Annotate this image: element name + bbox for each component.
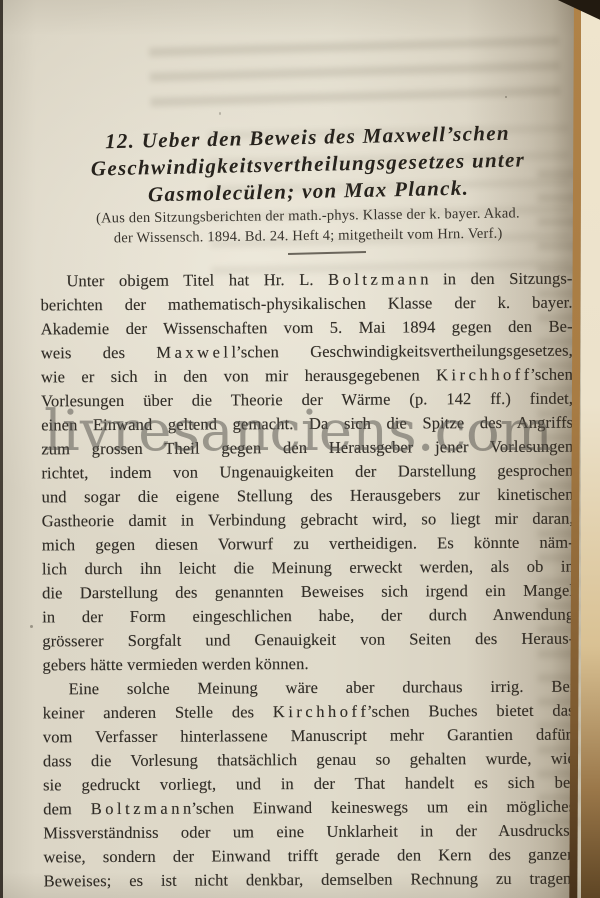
text-line: berichten der mathematisch-physikalische…: [40, 291, 572, 318]
text-line: gebers hätte vermieden werden können.: [42, 651, 574, 678]
paper-speck: [219, 112, 221, 115]
text-line: wie er sich in den von mir herausgegeben…: [41, 363, 573, 390]
text-line: lich durch ihn leicht die Meinung erweck…: [42, 555, 574, 582]
text-line: Unter obigem Titel hat Hr. L. B o l t z …: [40, 267, 572, 294]
text-line: Eine solche Meinung wäre aber durchaus i…: [43, 675, 575, 702]
text-line: richtet, indem von Ungenauigkeiten der D…: [41, 459, 573, 486]
top-lighting-shade: [0, 0, 600, 36]
article-body: Unter obigem Titel hat Hr. L. B o l t z …: [40, 267, 575, 894]
text-line: mich gegen diesen Vorwurf zu vertheidige…: [42, 531, 574, 558]
bleed-through-smudge: [149, 36, 561, 119]
paper-speck: [30, 625, 33, 628]
publication-source-note: (Aus den Sitzungsberichten der math.-phy…: [34, 203, 582, 250]
text-line: Missverständniss oder um eine Unklarheit…: [43, 819, 575, 846]
section-divider-rule: [288, 251, 366, 255]
text-line: die Darstellung des genannten Beweises s…: [42, 579, 574, 606]
text-line: zum grossen Theil gegen den Herausgeber …: [41, 435, 573, 462]
bottom-lighting-shade: [0, 872, 600, 898]
text-line: dem B o l t z m a n n’schen Einwand kein…: [43, 795, 575, 822]
book-photo: 12. Ueber den Beweis des Maxwell’schen G…: [0, 0, 600, 898]
text-line: und sogar die eigene Stellung des Heraus…: [42, 483, 574, 510]
article-title: 12. Ueber den Beweis des Maxwell’schen G…: [41, 118, 575, 210]
text-line: weise, sondern der Einwand trifft gerade…: [43, 843, 575, 870]
photo-left-edge: [0, 0, 3, 898]
text-line: einen Einwand geltend gemacht. Da sich d…: [41, 411, 573, 438]
text-line: vom Verfasser hinterlassene Manuscript m…: [43, 723, 575, 750]
book-page: 12. Ueber den Beweis des Maxwell’schen G…: [0, 0, 600, 898]
text-line: dass die Vorlesung thatsächlich genau so…: [43, 747, 575, 774]
text-line: Vorlesungen über die Theorie der Wärme (…: [41, 387, 573, 414]
text-line: Akademie der Wissenschaften vom 5. Mai 1…: [41, 315, 573, 342]
adjacent-page-edge: [581, 0, 600, 898]
text-line: in der Form eingeschlichen habe, der dur…: [42, 603, 574, 630]
text-line: grösserer Sorgfalt und Genauigkeit von S…: [42, 627, 574, 654]
paper-speck: [505, 96, 507, 98]
text-line: keiner anderen Stelle des K i r c h h o …: [43, 699, 575, 726]
text-line: Gastheorie damit in Verbindung gebracht …: [42, 507, 574, 534]
text-line: sie gedruckt vorliegt, und in der That h…: [43, 771, 575, 798]
text-line: weis des M a x w e l l’schen Geschwindig…: [41, 339, 573, 366]
